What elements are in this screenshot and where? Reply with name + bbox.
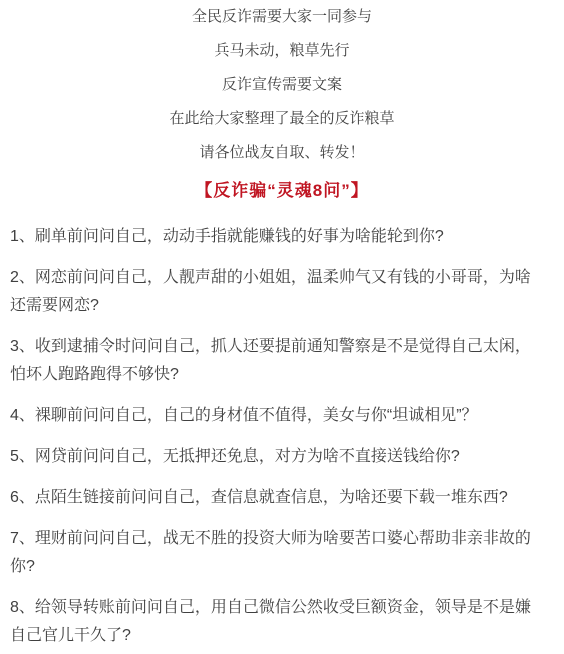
intro-line-1: 全民反诈需要大家一同参与 xyxy=(0,0,564,34)
list-item-1: 1、刷单前问问自己，动动手指就能赚钱的好事为啥能轮到你? xyxy=(10,223,537,251)
intro-line-3: 反诈宣传需要文案 xyxy=(0,68,564,102)
section-heading: 【反诈骗“灵魂8问”】 xyxy=(0,174,564,208)
intro-line-4: 在此给大家整理了最全的反诈粮草 xyxy=(0,102,564,136)
list-item-4: 4、裸聊前问问自己，自己的身材值不值得，美女与你“坦诚相见”？ xyxy=(10,402,537,430)
list-item-3: 3、收到逮捕令时问问自己，抓人还要提前通知警察是不是觉得自己太闲，怕坏人跑路跑得… xyxy=(10,333,537,389)
intro-section: 全民反诈需要大家一同参与 兵马未动，粮草先行 反诈宣传需要文案 在此给大家整理了… xyxy=(0,0,564,170)
list-item-7: 7、理财前问问自己，战无不胜的投资大师为啥要苦口婆心帮助非亲非故的你? xyxy=(10,525,537,581)
list-item-6: 6、点陌生链接前问问自己，查信息就查信息，为啥还要下载一堆东西? xyxy=(10,484,537,512)
list-item-5: 5、网贷前问问自己，无抵押还免息，对方为啥不直接送钱给你? xyxy=(10,443,537,471)
intro-line-5: 请各位战友自取、转发！ xyxy=(0,136,564,170)
question-list: 1、刷单前问问自己，动动手指就能赚钱的好事为啥能轮到你? 2、网恋前问问自己，人… xyxy=(0,223,564,650)
list-item-2: 2、网恋前问问自己，人靓声甜的小姐姐，温柔帅气又有钱的小哥哥，为啥还需要网恋? xyxy=(10,264,537,320)
anti-fraud-article: 全民反诈需要大家一同参与 兵马未动，粮草先行 反诈宣传需要文案 在此给大家整理了… xyxy=(0,0,564,654)
intro-line-2: 兵马未动，粮草先行 xyxy=(0,34,564,68)
list-item-8: 8、给领导转账前问问自己，用自己微信公然收受巨额资金，领导是不是嫌自己官儿干久了… xyxy=(10,594,537,650)
